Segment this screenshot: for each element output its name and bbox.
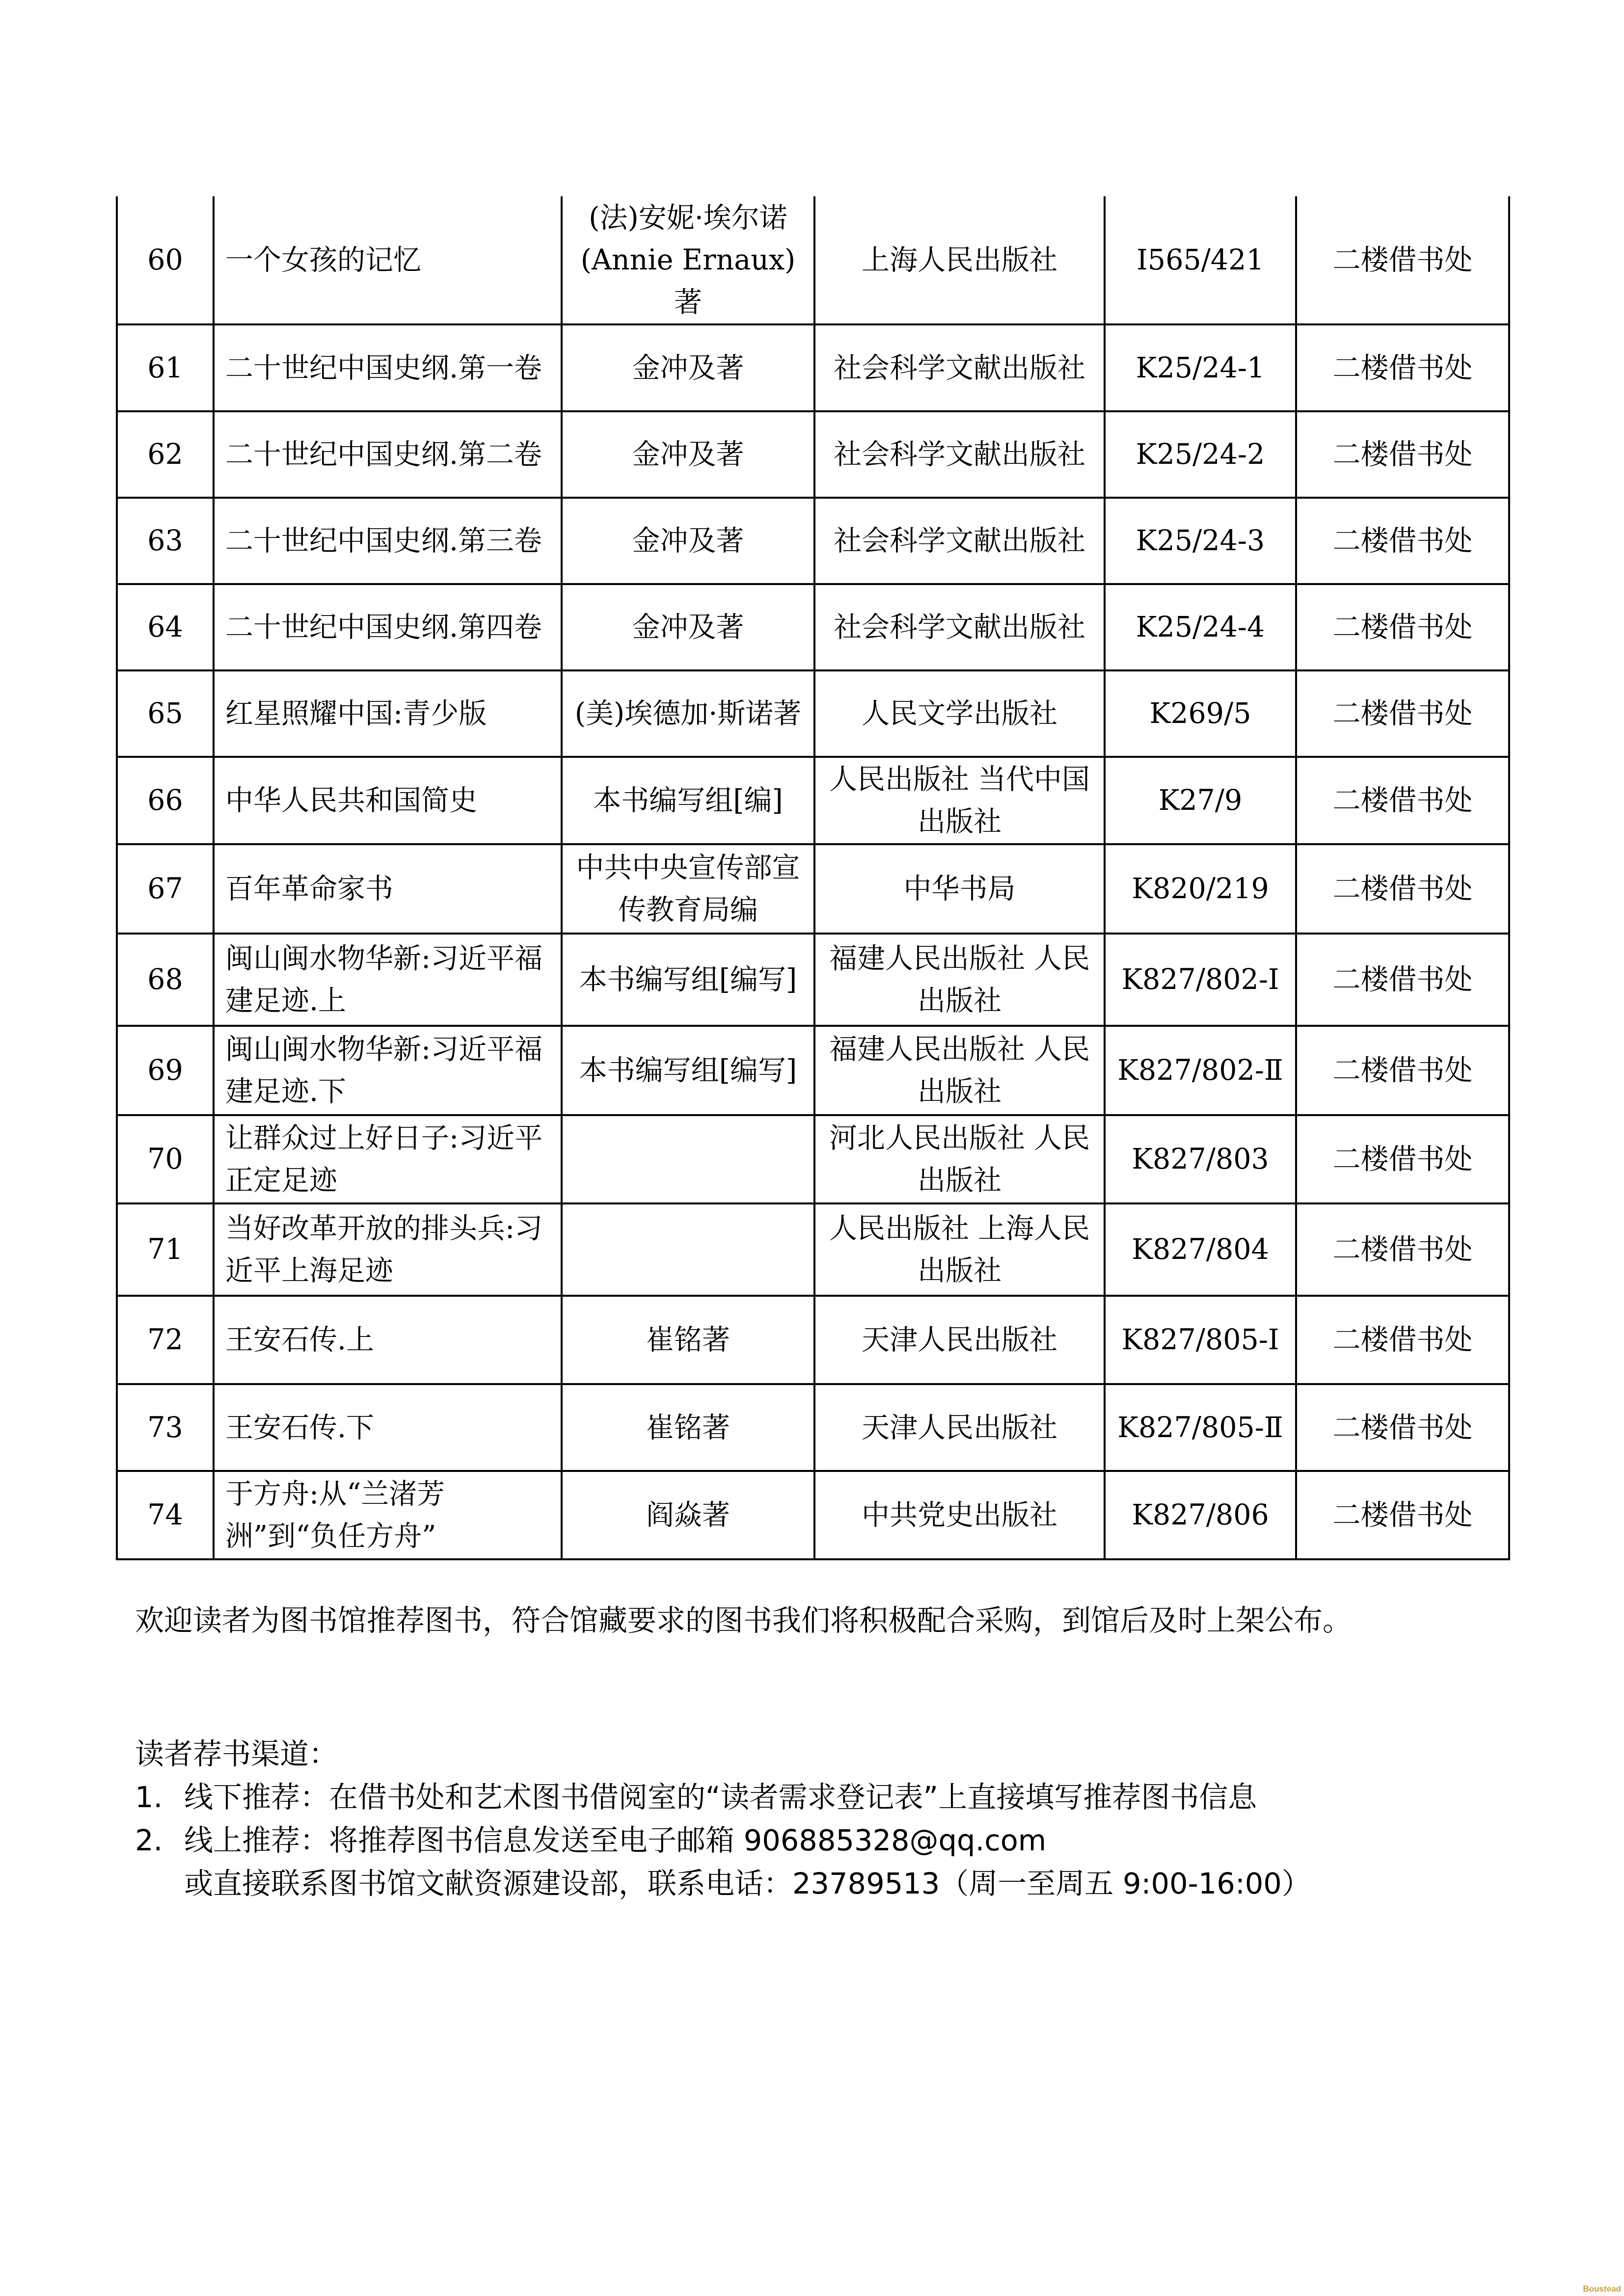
table-row: 69闽山闽水物华新:习近平福建足迹.下本书编写组[编写]福建人民出版社 人民出版… — [117, 1026, 1509, 1115]
recommendation-channels: 读者荐书渠道： 1. 线下推荐：在借书处和艺术图书借阅室的“读者需求登记表”上直… — [135, 1733, 1311, 1905]
book-author-cell — [562, 1203, 814, 1296]
row-number-cell: 69 — [117, 1026, 214, 1115]
book-title-cell: 中华人民共和国简史 — [214, 757, 562, 844]
call-number-cell: K25/24-4 — [1105, 584, 1296, 670]
shelf-location-cell: 二楼借书处 — [1296, 1203, 1509, 1296]
book-publisher-cell: 人民文学出版社 — [814, 670, 1105, 757]
channel-number: 1. — [135, 1776, 184, 1819]
table-row: 71当好改革开放的排头兵:习近平上海足迹人民出版社 上海人民出版社K827/80… — [117, 1203, 1509, 1296]
channel-text: 线下推荐：在借书处和艺术图书借阅室的“读者需求登记表”上直接填写推荐图书信息 — [184, 1776, 1257, 1819]
table-row: 73王安石传.下崔铭著天津人民出版社K827/805-Ⅱ二楼借书处 — [117, 1384, 1509, 1471]
shelf-location-cell: 二楼借书处 — [1296, 934, 1509, 1026]
shelf-location-cell: 二楼借书处 — [1296, 324, 1509, 411]
book-title-cell: 百年革命家书 — [214, 844, 562, 934]
shelf-location-cell: 二楼借书处 — [1296, 757, 1509, 844]
call-number-cell: K827/802-Ⅰ — [1105, 934, 1296, 1026]
row-number-cell: 64 — [117, 584, 214, 670]
call-number-cell: K27/9 — [1105, 757, 1296, 844]
call-number-cell: K25/24-3 — [1105, 498, 1296, 584]
call-number-cell: K820/219 — [1105, 844, 1296, 934]
shelf-location-cell: 二楼借书处 — [1296, 584, 1509, 670]
channels-heading-text: 读者荐书渠道： — [135, 1733, 338, 1776]
book-publisher-cell: 中共党史出版社 — [814, 1471, 1105, 1559]
book-author-cell: 金冲及著 — [562, 411, 814, 498]
channel-text: 线上推荐：将推荐图书信息发送至电子邮箱 906885328@qq.com — [184, 1819, 1046, 1862]
book-title-cell: 王安石传.下 — [214, 1384, 562, 1471]
book-title-cell: 闽山闽水物华新:习近平福建足迹.下 — [214, 1026, 562, 1115]
book-author-cell: 金冲及著 — [562, 324, 814, 411]
book-author-cell: 本书编写组[编写] — [562, 1026, 814, 1115]
book-publisher-cell: 社会科学文献出版社 — [814, 498, 1105, 584]
table-row: 60一个女孩的记忆(法)安妮·埃尔诺(Annie Ernaux)著上海人民出版社… — [117, 196, 1509, 324]
book-publisher-cell: 上海人民出版社 — [814, 196, 1105, 324]
call-number-cell: K827/802-Ⅱ — [1105, 1026, 1296, 1115]
book-publisher-cell: 福建人民出版社 人民出版社 — [814, 934, 1105, 1026]
table-row: 65红星照耀中国:青少版(美)埃德加·斯诺著人民文学出版社K269/5二楼借书处 — [117, 670, 1509, 757]
row-number-cell: 65 — [117, 670, 214, 757]
channels-heading: 读者荐书渠道： — [135, 1733, 1311, 1776]
book-publisher-cell: 中华书局 — [814, 844, 1105, 934]
shelf-location-cell: 二楼借书处 — [1296, 1384, 1509, 1471]
call-number-cell: I565/421 — [1105, 196, 1296, 324]
row-number-cell: 72 — [117, 1296, 214, 1384]
book-title-cell: 让群众过上好日子:习近平正定足迹 — [214, 1115, 562, 1203]
table-row: 61二十世纪中国史纲.第一卷金冲及著社会科学文献出版社K25/24-1二楼借书处 — [117, 324, 1509, 411]
book-title-cell: 于方舟:从“兰渚芳洲”到“负任方舟” — [214, 1471, 562, 1559]
book-author-cell: 本书编写组[编写] — [562, 934, 814, 1026]
row-number-cell: 73 — [117, 1384, 214, 1471]
table-row: 63二十世纪中国史纲.第三卷金冲及著社会科学文献出版社K25/24-3二楼借书处 — [117, 498, 1509, 584]
table-row: 68闽山闽水物华新:习近平福建足迹.上本书编写组[编写]福建人民出版社 人民出版… — [117, 934, 1509, 1026]
shelf-location-cell: 二楼借书处 — [1296, 196, 1509, 324]
book-publisher-cell: 社会科学文献出版社 — [814, 324, 1105, 411]
channel-number: 2. — [135, 1819, 184, 1862]
book-publisher-cell: 福建人民出版社 人民出版社 — [814, 1026, 1105, 1115]
call-number-cell: K827/804 — [1105, 1203, 1296, 1296]
book-author-cell: 金冲及著 — [562, 584, 814, 670]
shelf-location-cell: 二楼借书处 — [1296, 844, 1509, 934]
book-publisher-cell: 天津人民出版社 — [814, 1296, 1105, 1384]
call-number-cell: K827/806 — [1105, 1471, 1296, 1559]
channel-item-online: 2. 线上推荐：将推荐图书信息发送至电子邮箱 906885328@qq.com — [135, 1819, 1311, 1862]
table-row: 62二十世纪中国史纲.第二卷金冲及著社会科学文献出版社K25/24-2二楼借书处 — [117, 411, 1509, 498]
call-number-cell: K827/803 — [1105, 1115, 1296, 1203]
book-author-cell: 金冲及著 — [562, 498, 814, 584]
book-publisher-cell: 天津人民出版社 — [814, 1384, 1105, 1471]
row-number-cell: 61 — [117, 324, 214, 411]
call-number-cell: K25/24-1 — [1105, 324, 1296, 411]
book-author-cell: (法)安妮·埃尔诺(Annie Ernaux)著 — [562, 196, 814, 324]
row-number-cell: 60 — [117, 196, 214, 324]
book-list-body: 60一个女孩的记忆(法)安妮·埃尔诺(Annie Ernaux)著上海人民出版社… — [117, 196, 1509, 1559]
row-number-cell: 71 — [117, 1203, 214, 1296]
book-author-cell: 中共中央宣传部宣传教育局编 — [562, 844, 814, 934]
row-number-cell: 63 — [117, 498, 214, 584]
document-page: 60一个女孩的记忆(法)安妮·埃尔诺(Annie Ernaux)著上海人民出版社… — [0, 0, 1624, 2296]
channel-contact: 或直接联系图书馆文献资源建设部，联系电话：23789513（周一至周五 9:00… — [135, 1862, 1311, 1905]
call-number-cell: K827/805-Ⅱ — [1105, 1384, 1296, 1471]
shelf-location-cell: 二楼借书处 — [1296, 1026, 1509, 1115]
book-title-cell: 红星照耀中国:青少版 — [214, 670, 562, 757]
row-number-cell: 70 — [117, 1115, 214, 1203]
book-title-cell: 一个女孩的记忆 — [214, 196, 562, 324]
table-row: 66中华人民共和国简史本书编写组[编]人民出版社 当代中国出版社K27/9二楼借… — [117, 757, 1509, 844]
shelf-location-cell: 二楼借书处 — [1296, 498, 1509, 584]
book-author-cell: 崔铭著 — [562, 1384, 814, 1471]
book-publisher-cell: 人民出版社 当代中国出版社 — [814, 757, 1105, 844]
table-row: 64二十世纪中国史纲.第四卷金冲及著社会科学文献出版社K25/24-4二楼借书处 — [117, 584, 1509, 670]
book-title-cell: 当好改革开放的排头兵:习近平上海足迹 — [214, 1203, 562, 1296]
row-number-cell: 66 — [117, 757, 214, 844]
book-title-cell: 二十世纪中国史纲.第三卷 — [214, 498, 562, 584]
book-author-cell: (美)埃德加·斯诺著 — [562, 670, 814, 757]
book-title-cell: 二十世纪中国史纲.第一卷 — [214, 324, 562, 411]
book-publisher-cell: 社会科学文献出版社 — [814, 411, 1105, 498]
table-row: 72王安石传.上崔铭著天津人民出版社K827/805-Ⅰ二楼借书处 — [117, 1296, 1509, 1384]
table-row: 67百年革命家书中共中央宣传部宣传教育局编中华书局K820/219二楼借书处 — [117, 844, 1509, 934]
book-title-cell: 王安石传.上 — [214, 1296, 562, 1384]
row-number-cell: 67 — [117, 844, 214, 934]
call-number-cell: K25/24-2 — [1105, 411, 1296, 498]
row-number-cell: 74 — [117, 1471, 214, 1559]
call-number-cell: K269/5 — [1105, 670, 1296, 757]
book-title-cell: 二十世纪中国史纲.第二卷 — [214, 411, 562, 498]
book-publisher-cell: 人民出版社 上海人民出版社 — [814, 1203, 1105, 1296]
book-author-cell — [562, 1115, 814, 1203]
contact-text: 或直接联系图书馆文献资源建设部，联系电话：23789513（周一至周五 9:00… — [184, 1862, 1311, 1905]
book-publisher-cell: 河北人民出版社 人民出版社 — [814, 1115, 1105, 1203]
table-row: 74于方舟:从“兰渚芳洲”到“负任方舟”阎焱著中共党史出版社K827/806二楼… — [117, 1471, 1509, 1559]
book-title-cell: 二十世纪中国史纲.第四卷 — [214, 584, 562, 670]
book-title-cell: 闽山闽水物华新:习近平福建足迹.上 — [214, 934, 562, 1026]
book-publisher-cell: 社会科学文献出版社 — [814, 584, 1105, 670]
table-row: 70让群众过上好日子:习近平正定足迹河北人民出版社 人民出版社K827/803二… — [117, 1115, 1509, 1203]
shelf-location-cell: 二楼借书处 — [1296, 1115, 1509, 1203]
shelf-location-cell: 二楼借书处 — [1296, 670, 1509, 757]
channel-item-offline: 1. 线下推荐：在借书处和艺术图书借阅室的“读者需求登记表”上直接填写推荐图书信… — [135, 1776, 1311, 1819]
book-author-cell: 崔铭著 — [562, 1296, 814, 1384]
row-number-cell: 62 — [117, 411, 214, 498]
watermark-logo: Boustead — [1583, 2284, 1621, 2294]
call-number-cell: K827/805-Ⅰ — [1105, 1296, 1296, 1384]
row-number-cell: 68 — [117, 934, 214, 1026]
book-author-cell: 阎焱著 — [562, 1471, 814, 1559]
shelf-location-cell: 二楼借书处 — [1296, 411, 1509, 498]
recommendation-notice: 欢迎读者为图书馆推荐图书，符合馆藏要求的图书我们将积极配合采购，到馆后及时上架公… — [135, 1601, 1352, 1640]
book-author-cell: 本书编写组[编] — [562, 757, 814, 844]
shelf-location-cell: 二楼借书处 — [1296, 1471, 1509, 1559]
shelf-location-cell: 二楼借书处 — [1296, 1296, 1509, 1384]
book-list-table: 60一个女孩的记忆(法)安妮·埃尔诺(Annie Ernaux)著上海人民出版社… — [116, 196, 1510, 1560]
